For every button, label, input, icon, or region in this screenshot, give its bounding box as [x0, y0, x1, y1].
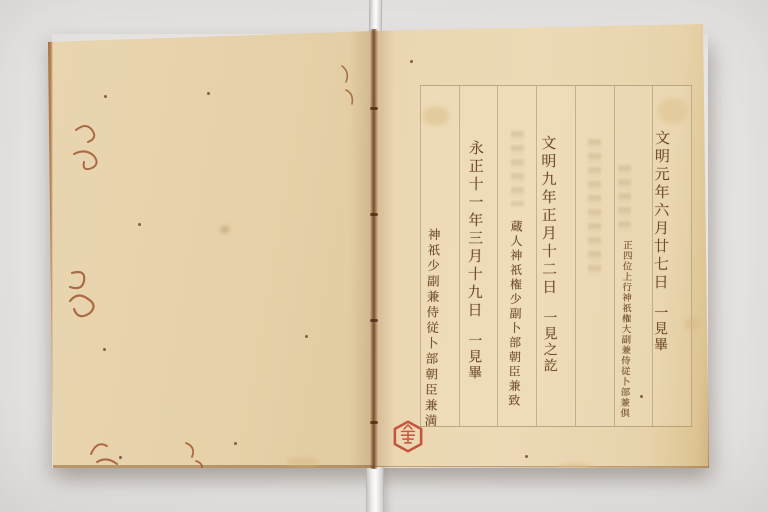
- colophon-date: 文明九年正月十二日: [539, 135, 558, 297]
- stitch-mark: [370, 319, 378, 322]
- worm-stain: [62, 265, 110, 325]
- foxing-dot: [103, 348, 106, 351]
- colophon-2-date-line: 文明九年正月十二日一見之訖: [540, 135, 557, 374]
- colophon-1-date-line: 文明元年六月廿七日一見畢: [652, 130, 669, 353]
- foxing-smudge: [658, 98, 688, 124]
- colophon-date: 文明元年六月廿七日: [651, 130, 671, 292]
- ink-showthrough: [588, 136, 601, 276]
- foxing-smudge: [555, 464, 595, 478]
- foxing-smudge: [286, 457, 320, 466]
- stitch-mark: [370, 213, 378, 216]
- worm-stain: [336, 60, 362, 112]
- colophon-3-date-line: 永正十一年三月十九日一見畢: [466, 140, 483, 381]
- binding-gutter: [370, 29, 378, 469]
- hexagonal-vermilion-seal-icon: [392, 420, 424, 453]
- stitch-mark: [370, 107, 378, 110]
- foxing-dot: [104, 95, 107, 98]
- colophon-note: 一見畢: [652, 305, 669, 353]
- foxing-dot: [207, 92, 210, 95]
- foxing-dot: [119, 456, 122, 459]
- foxing-dot: [234, 442, 237, 445]
- colophon-3-signature: 神祇少副兼侍従卜部朝臣兼満: [423, 228, 439, 430]
- worm-stain: [178, 435, 212, 479]
- foxing-dot: [138, 223, 141, 226]
- colophon-note: 一見之訖: [541, 310, 557, 374]
- colophon-1-signature: 正四位上行神祇権大副兼侍従卜部兼倶: [618, 240, 631, 419]
- stitch-mark: [370, 421, 378, 424]
- foxing-dot: [410, 60, 413, 63]
- foxing-dot: [305, 335, 308, 338]
- colophon-note: 一見畢: [466, 333, 482, 381]
- ink-showthrough: [511, 128, 524, 206]
- foxing-dot: [640, 395, 643, 398]
- colophon-2-signature: 蔵人神祇権少副卜部朝臣兼致: [508, 220, 523, 409]
- right-page: 文明元年六月廿七日一見畢 正四位上行神祇権大副兼侍従卜部兼倶 文明九年正月十二日…: [375, 24, 712, 469]
- ink-showthrough: [618, 162, 631, 234]
- foxing-dot: [525, 455, 528, 458]
- left-page: [48, 31, 375, 468]
- worm-stain: [68, 120, 112, 184]
- foxing-smudge: [220, 226, 230, 233]
- foxing-smudge: [423, 106, 449, 126]
- foxing-smudge: [685, 318, 699, 330]
- photograph: 文明元年六月廿七日一見畢 正四位上行神祇権大副兼侍従卜部兼倶 文明九年正月十二日…: [0, 0, 768, 512]
- worm-stain: [85, 430, 127, 470]
- colophon-date: 永正十一年三月十九日: [465, 140, 485, 320]
